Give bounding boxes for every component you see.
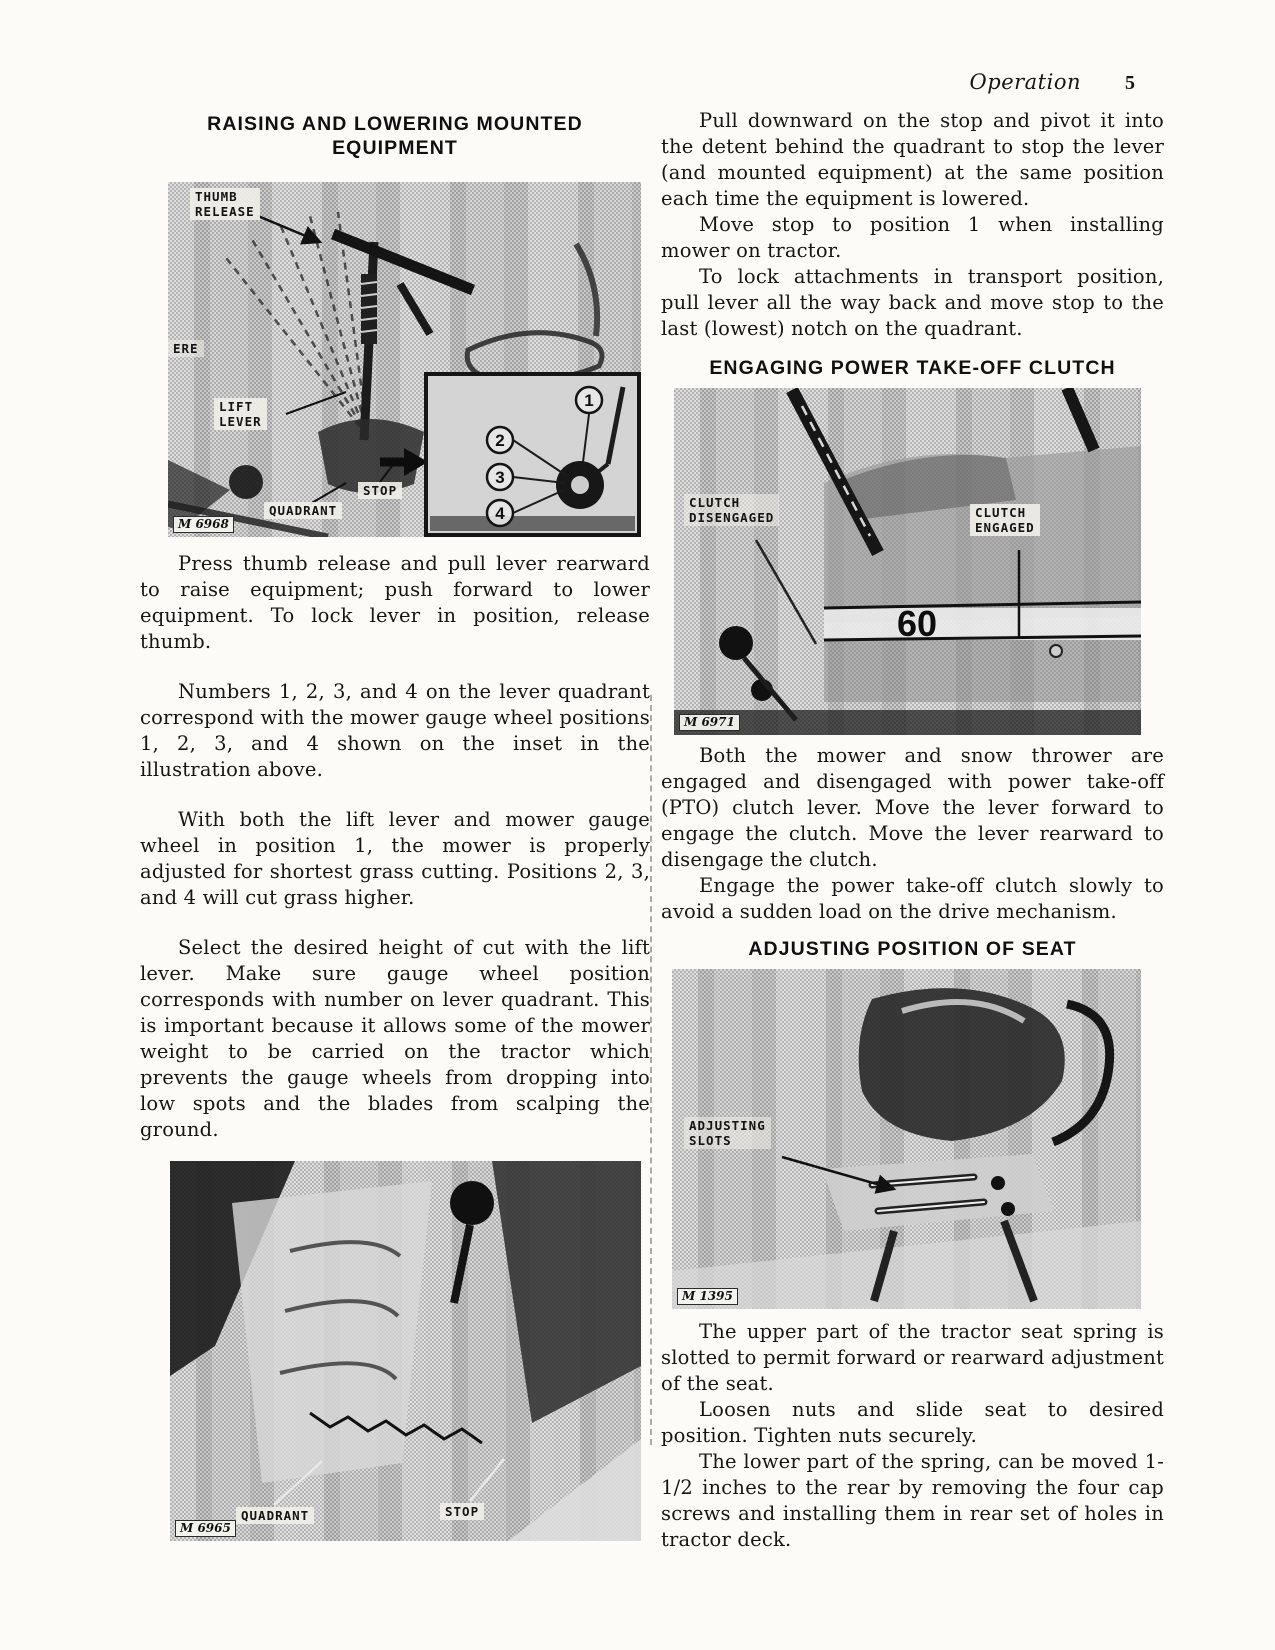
label-adjusting-slots: ADJUSTING SLOTS xyxy=(684,1117,771,1149)
lift-lever-arrow xyxy=(286,392,346,414)
paragraph-pull-downward: Pull downward on the stop and pivot it i… xyxy=(661,108,1164,212)
section-heading-pto-clutch: ENGAGING POWER TAKE-OFF CLUTCH xyxy=(661,356,1164,380)
section-heading-line2: EQUIPMENT xyxy=(140,136,650,160)
section-heading-seat: ADJUSTING POSITION OF SEAT xyxy=(661,937,1164,961)
paragraph-lower-spring: The lower part of the spring, can be mov… xyxy=(661,1449,1164,1553)
photo-id-m6971: M 6971 xyxy=(679,714,740,731)
seat-pan-shape xyxy=(859,988,1065,1141)
stop-arrow xyxy=(470,1459,504,1501)
steering-wheel-shape xyxy=(333,234,473,290)
paragraph-select-height: Select the desired height of cut with th… xyxy=(140,935,650,1143)
section-heading-line1: RAISING AND LOWERING MOUNTED xyxy=(140,112,650,136)
photo-id-m6965: M 6965 xyxy=(175,1520,236,1537)
figure-lift-lever-photo: 1 2 3 4 THUMB RELEASE xyxy=(168,182,641,537)
label-edge-fragment: ERE xyxy=(168,340,204,357)
bolt-shape xyxy=(991,1176,1005,1190)
paragraph-loosen-nuts: Loosen nuts and slide seat to desired po… xyxy=(661,1397,1164,1449)
inset-number-2: 2 xyxy=(495,431,504,450)
paragraph-upper-spring: The upper part of the tractor seat sprin… xyxy=(661,1319,1164,1397)
fender-shadow-shape xyxy=(492,1161,641,1423)
inset-number-1: 1 xyxy=(584,391,593,410)
manual-page: Operation 5 RAISING AND LOWERING MOUNTED… xyxy=(0,0,1275,1650)
inset-number-3: 3 xyxy=(495,468,504,487)
steering-wheel-rim-shape xyxy=(1067,388,1094,450)
clutch-disengaged-arrow xyxy=(756,540,816,644)
paragraph-move-stop: Move stop to position 1 when installing … xyxy=(661,212,1164,264)
label-stop: STOP xyxy=(358,482,402,499)
quadrant-plate-shape xyxy=(232,1181,432,1483)
figure-seat-photo: ADJUSTING SLOTS M 1395 xyxy=(672,969,1141,1309)
running-header: Operation 5 xyxy=(661,70,1135,95)
page-number: 5 xyxy=(1125,72,1135,95)
clutch-knob-shape xyxy=(719,626,753,660)
quadrant-arrow xyxy=(310,483,346,504)
label-clutch-disengaged: CLUTCH DISENGAGED xyxy=(684,494,779,526)
label-lift-lever: LIFT LEVER xyxy=(214,398,267,430)
gauge-wheel-inset: 1 2 3 4 xyxy=(426,374,639,535)
tractor-deck-shape xyxy=(672,1221,1141,1309)
label-clutch-engaged: CLUTCH ENGAGED xyxy=(970,504,1040,536)
right-column: Pull downward on the stop and pivot it i… xyxy=(661,108,1164,1553)
label-quadrant: QUADRANT xyxy=(264,502,342,519)
photo-id-m1395: M 1395 xyxy=(677,1288,738,1305)
footrest-strip-shape xyxy=(674,710,1141,735)
label-stop: STOP xyxy=(440,1503,484,1520)
seat-bracket-shape xyxy=(822,1154,1054,1231)
section-heading-raising-lowering: RAISING AND LOWERING MOUNTED EQUIPMENT xyxy=(140,112,650,160)
paragraph-numbers-quadrant: Numbers 1, 2, 3, and 4 on the lever quad… xyxy=(140,679,650,783)
left-column: RAISING AND LOWERING MOUNTED EQUIPMENT xyxy=(140,112,650,1541)
scan-artifact-dashes xyxy=(650,695,652,1445)
pedal-shape xyxy=(229,465,263,499)
figure-pto-clutch-photo: 60 CLUTCH DISENGAGED CLUTCH ENGAGED M xyxy=(674,388,1141,735)
shift-knob-shape xyxy=(450,1181,494,1225)
paragraph-position-1: With both the lift lever and mower gauge… xyxy=(140,807,650,911)
figure2-illustration xyxy=(170,1161,641,1541)
paragraph-lock-attachments: To lock attachments in transport positio… xyxy=(661,264,1164,342)
label-thumb-release: THUMB RELEASE xyxy=(190,188,260,220)
figure-quadrant-photo: QUADRANT STOP M 6965 xyxy=(170,1161,641,1541)
figure1-illustration: 1 2 3 4 xyxy=(168,182,641,537)
paragraph-press-thumb-release: Press thumb release and pull lever rearw… xyxy=(140,551,650,655)
photo-id-m6968: M 6968 xyxy=(173,516,234,533)
paragraph-engage-slowly: Engage the power take-off clutch slowly … xyxy=(661,873,1164,925)
label-quadrant: QUADRANT xyxy=(236,1507,314,1524)
inset-number-4: 4 xyxy=(495,504,505,523)
screw-shape xyxy=(1050,645,1062,657)
running-header-title: Operation xyxy=(970,70,1081,94)
figure3-illustration: 60 xyxy=(674,388,1141,735)
hood-number-60: 60 xyxy=(897,603,937,644)
paragraph-mower-snow-thrower: Both the mower and snow thrower are enga… xyxy=(661,743,1164,873)
